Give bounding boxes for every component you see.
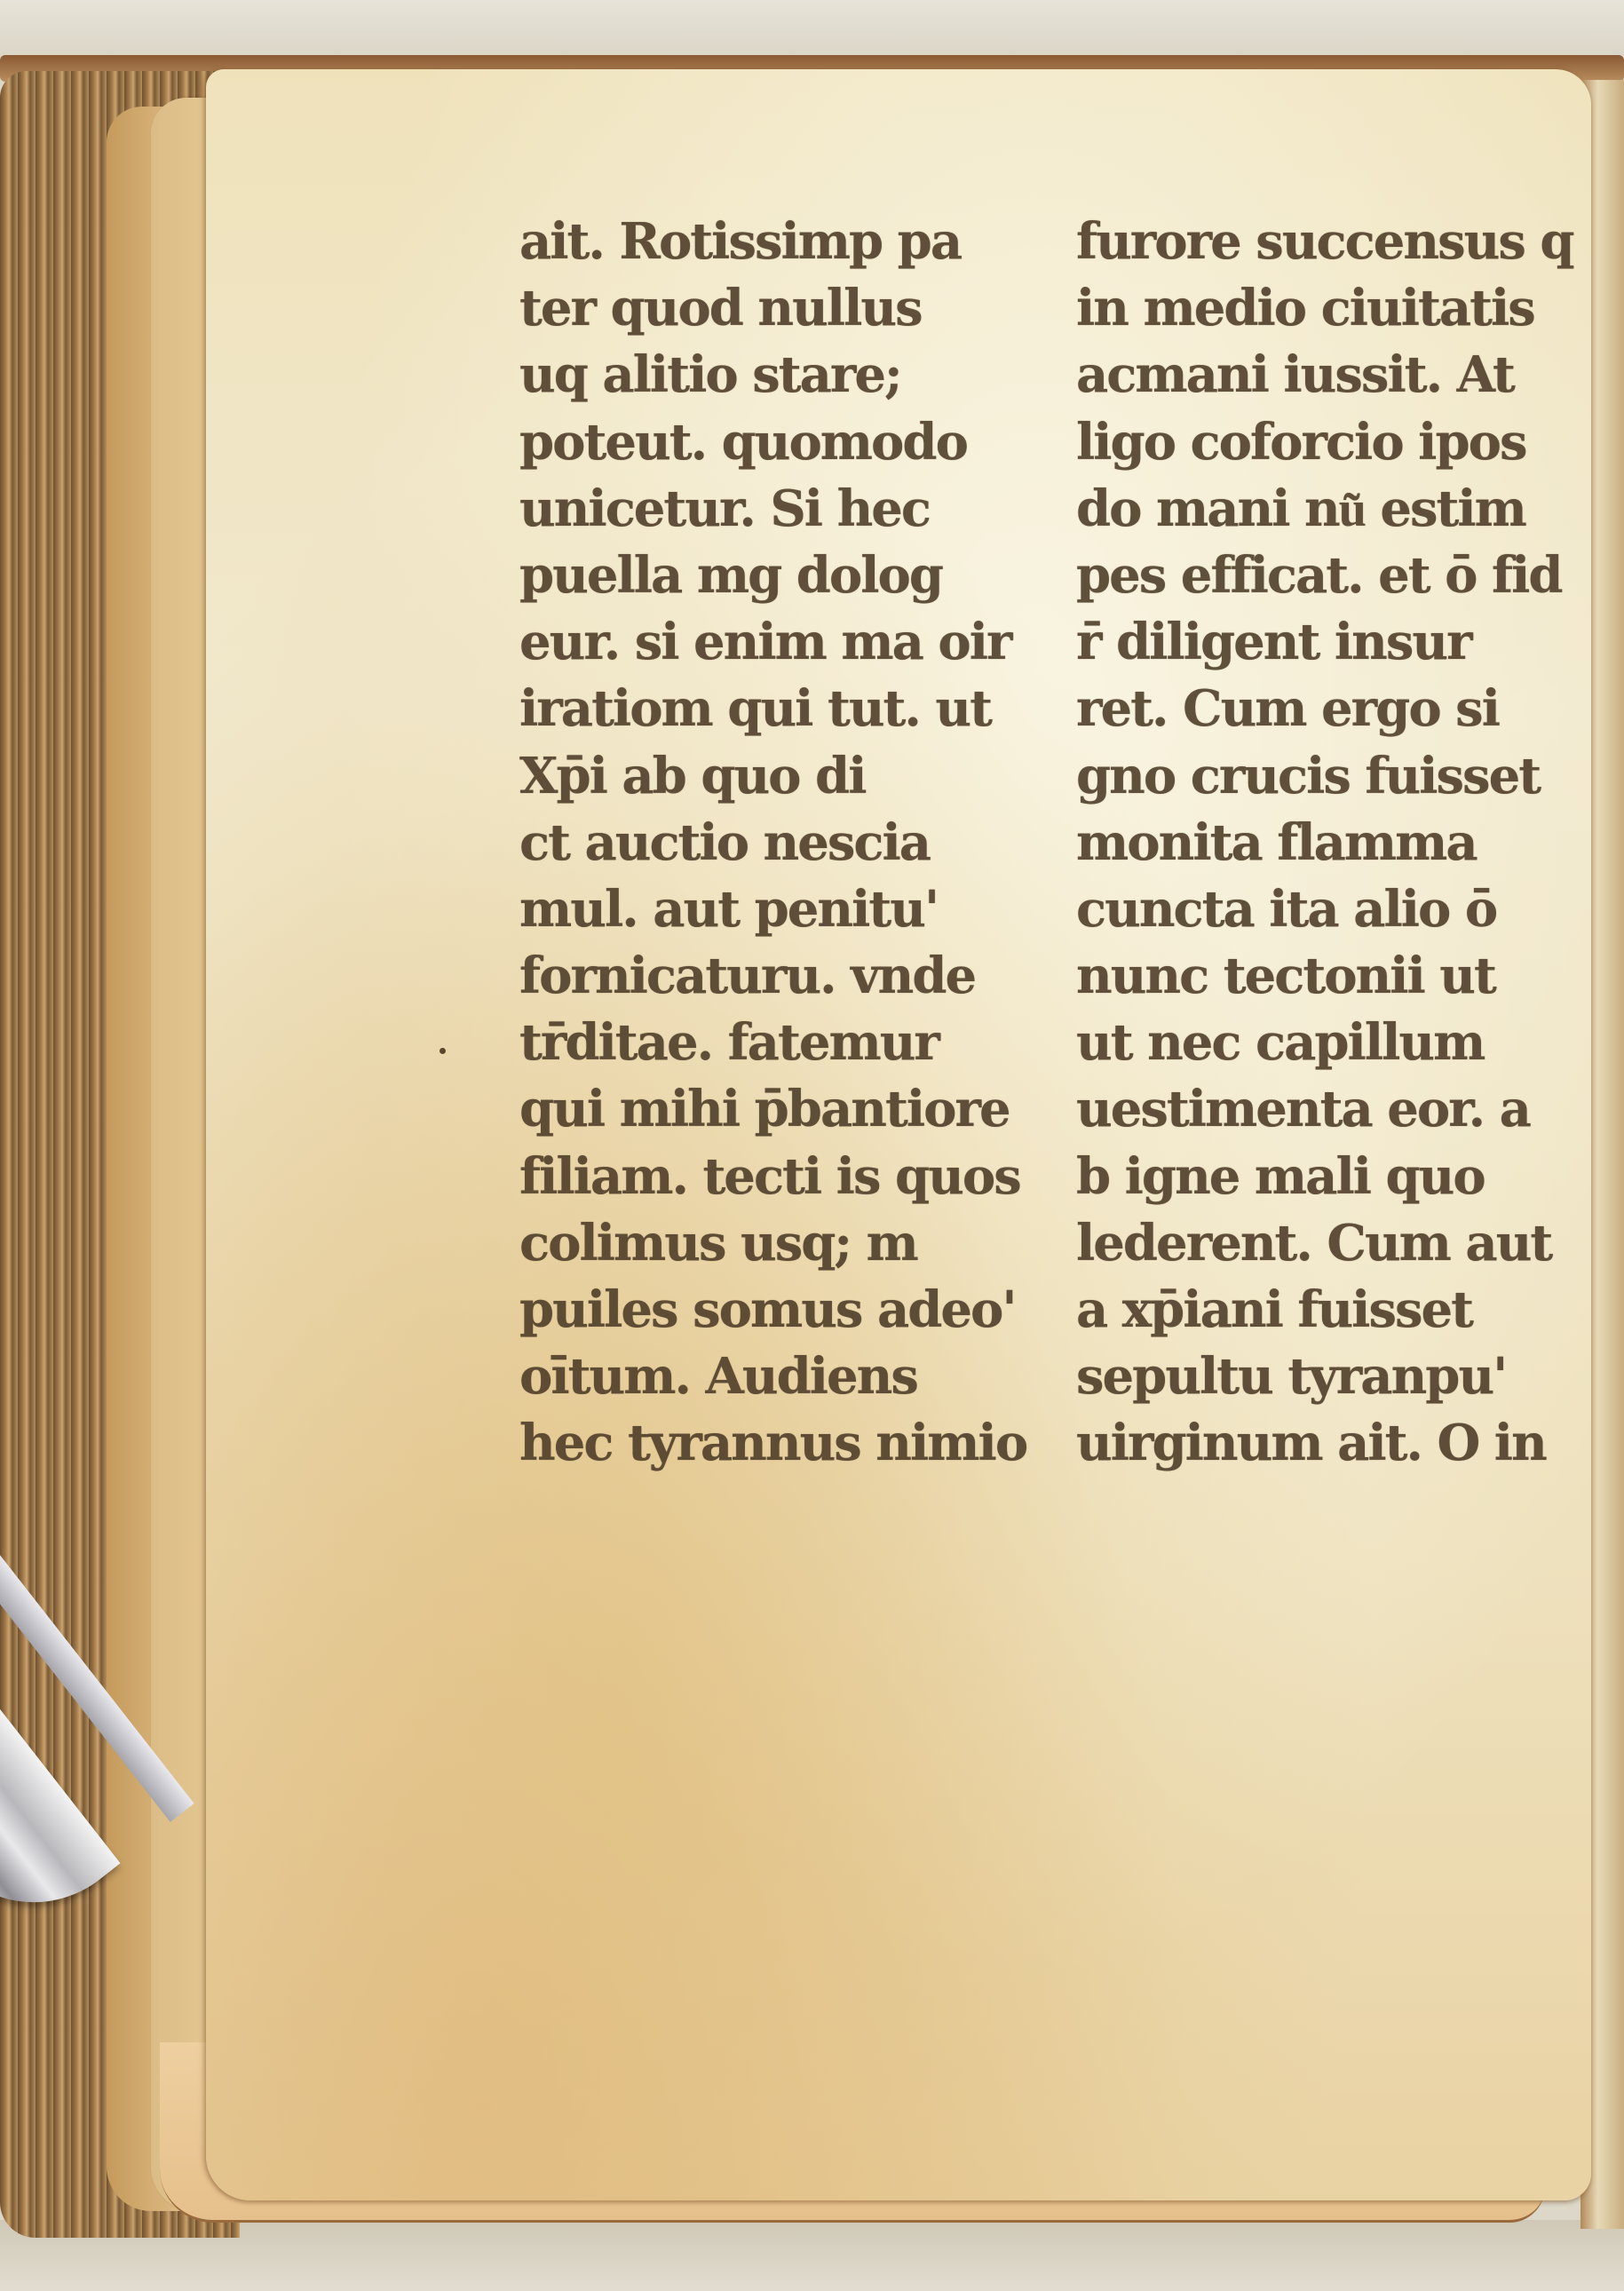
ink-speck — [440, 1048, 446, 1054]
text-line: ret. Cum ergo si — [1076, 676, 1573, 742]
text-line: sepultu tyranpu' — [1076, 1344, 1573, 1410]
text-line: mul. aut penitu' — [519, 876, 1026, 943]
text-line: r̄ diligent insur — [1076, 609, 1573, 676]
text-line: pes efficat. et ō fid — [1076, 543, 1573, 609]
text-line: furore succensus q — [1076, 209, 1573, 275]
text-line: a xp̄iani fuisset — [1076, 1277, 1573, 1344]
text-column-left: ait. Rotissimp pa ter quod nullus uq ali… — [519, 209, 1026, 1478]
text-line: nunc tectonii ut — [1076, 943, 1573, 1010]
text-line: in medio ciuitatis — [1076, 275, 1573, 342]
text-line: Xp̄i ab quo di — [519, 743, 1026, 810]
text-line: do mani nu͂ estim — [1076, 476, 1573, 543]
text-line: puiles somus adeo' — [519, 1277, 1026, 1344]
text-line: colimus usq; m — [519, 1210, 1026, 1277]
text-column-right: furore succensus q in medio ciuitatis ac… — [1076, 209, 1573, 1478]
text-line: ct auctio nescia — [519, 810, 1026, 876]
text-line: uestimenta eor. a — [1076, 1076, 1573, 1143]
text-line: unicetur. Si hec — [519, 476, 1026, 543]
text-line: gno crucis fuisset — [1076, 743, 1573, 810]
text-line: poteut. quomodo — [519, 409, 1026, 476]
text-line: puella mg dolog — [519, 543, 1026, 609]
text-line: b igne mali quo — [1076, 1144, 1573, 1210]
text-line: ligo coforcio ipos — [1076, 409, 1573, 476]
text-line: hec tyrannus nimio — [519, 1410, 1026, 1477]
text-line: uirginum ait. O in — [1076, 1410, 1573, 1477]
text-line: monita flamma — [1076, 810, 1573, 876]
background-bottom — [0, 2220, 1624, 2291]
text-line: iratiom qui tut. ut — [519, 676, 1026, 742]
text-line: ait. Rotissimp pa — [519, 209, 1026, 275]
text-line: lederent. Cum aut — [1076, 1210, 1573, 1277]
text-line: tr̄ditae. fatemur — [519, 1010, 1026, 1076]
text-line: ter quod nullus — [519, 275, 1026, 342]
text-line: fornicaturu. vnde — [519, 943, 1026, 1010]
text-line: eur. si enim ma oir — [519, 609, 1026, 676]
text-line: oītum. Audiens — [519, 1344, 1026, 1410]
text-line: cuncta ita alio ō — [1076, 876, 1573, 943]
text-line: uq alitio stare; — [519, 342, 1026, 408]
text-line: ut nec capillum — [1076, 1010, 1573, 1076]
text-line: acmani iussit. At — [1076, 342, 1573, 408]
text-line: filiam. tecti is quos — [519, 1144, 1026, 1210]
text-line: qui mihi p̄bantiore — [519, 1076, 1026, 1143]
